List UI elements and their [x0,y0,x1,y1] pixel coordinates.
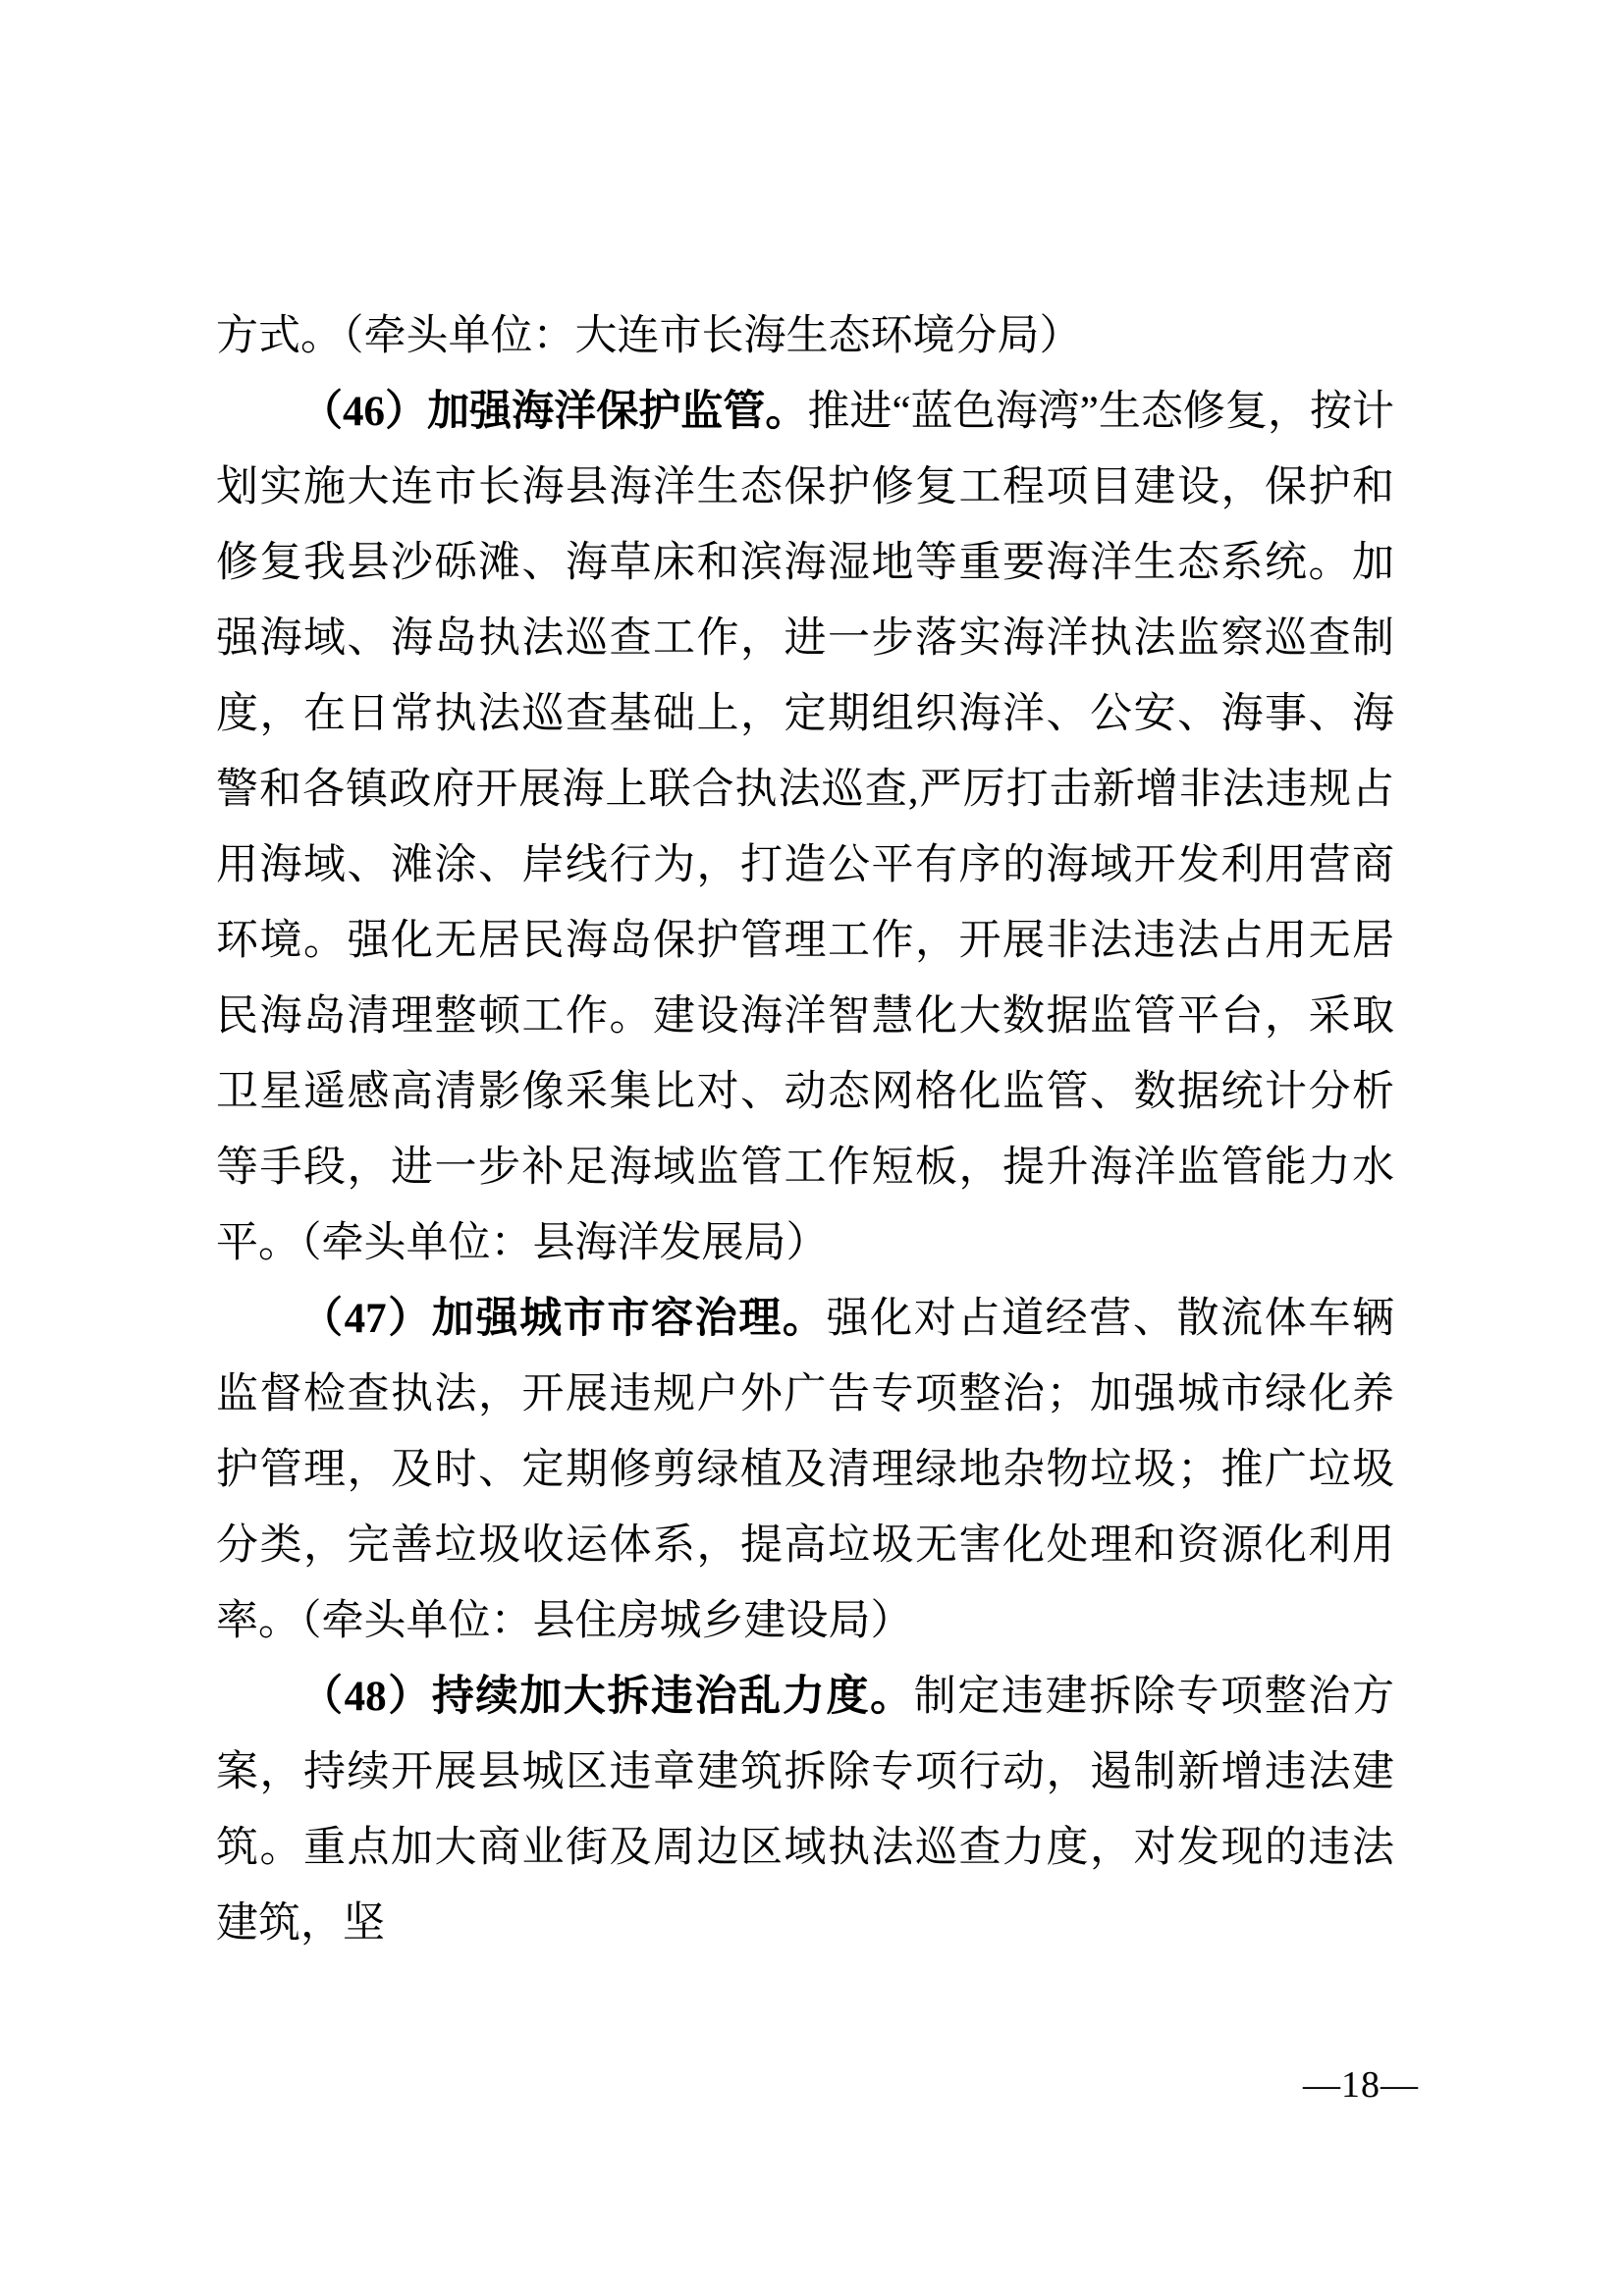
page-number: —18— [1303,2061,1419,2109]
paragraph-continuation: 方式。（牵头单位：大连市长海生态环境分局） [216,298,1394,374]
paragraph-heading: （46）加强海洋保护监管。 [300,389,807,435]
document-body: 方式。（牵头单位：大连市长海生态环境分局） （46）加强海洋保护监管。推进“蓝色… [216,298,1394,1961]
paragraph-item-47: （47）加强城市市容治理。强化对占道经营、散流体车辆监督检查执法，开展违规户外广… [216,1281,1394,1659]
paragraph-text: 强化对占道经营、散流体车辆监督检查执法，开展违规户外广告专项整治；加强城市绿化养… [216,1296,1394,1644]
document-page: 方式。（牵头单位：大连市长海生态环境分局） （46）加强海洋保护监管。推进“蓝色… [0,0,1624,2296]
paragraph-item-48: （48）持续加大拆违治乱力度。制定违建拆除专项整治方案，持续开展县城区违章建筑拆… [216,1659,1394,1961]
paragraph-text: 方式。（牵头单位：大连市长海生态环境分局） [216,313,1082,359]
paragraph-heading: （47）加强城市市容治理。 [300,1296,827,1342]
paragraph-item-46: （46）加强海洋保护监管。推进“蓝色海湾”生态修复，按计划实施大连市长海县海洋生… [216,374,1394,1281]
paragraph-heading: （48）持续加大拆违治乱力度。 [300,1674,914,1720]
paragraph-text: 推进“蓝色海湾”生态修复，按计划实施大连市长海县海洋生态保护修复工程项目建设，保… [216,389,1394,1266]
